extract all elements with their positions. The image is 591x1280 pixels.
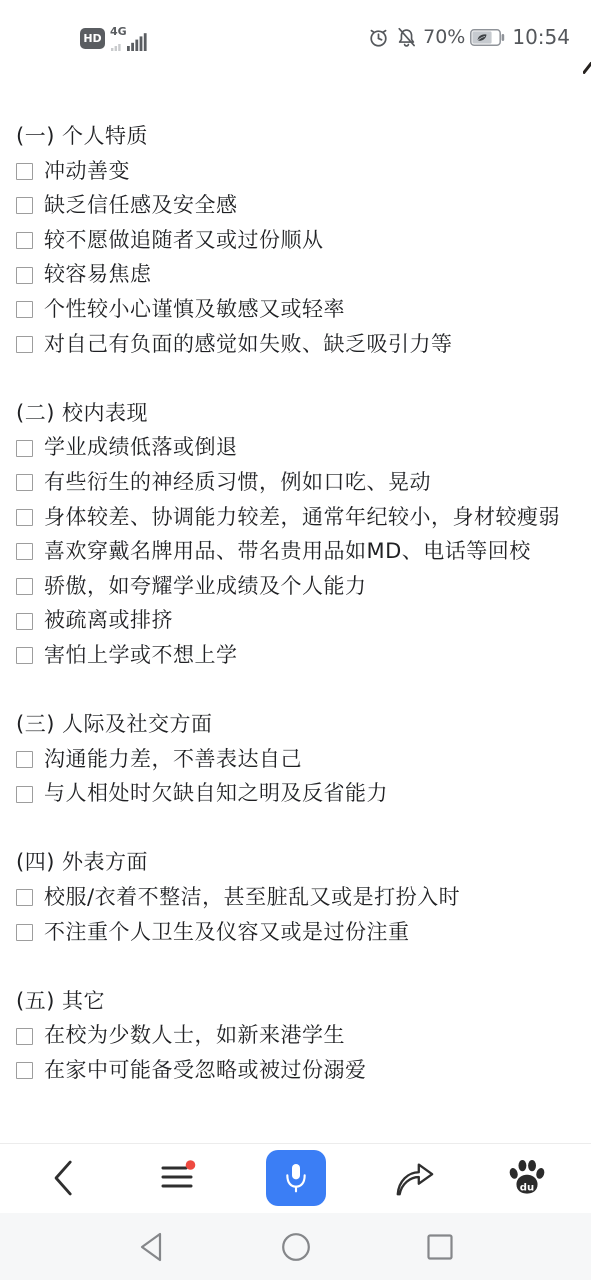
checklist-item-label: 较不愿做追随者又或过份顺从 (44, 223, 324, 258)
section-title: (二) 校内表现 (16, 396, 587, 431)
checkbox[interactable] (16, 924, 33, 941)
share-button[interactable] (390, 1150, 438, 1206)
checklist-item-label: 沟通能力差，不善表达自己 (44, 742, 302, 777)
network-type-label: 4G (110, 25, 127, 38)
section-title: (三) 人际及社交方面 (16, 707, 587, 742)
checklist-item: 害怕上学或不想上学 (16, 638, 587, 673)
checklist-item-label: 害怕上学或不想上学 (44, 638, 238, 673)
nav-home-button[interactable] (273, 1227, 319, 1267)
nav-back-icon (138, 1231, 164, 1263)
checklist-item: 对自己有负面的感觉如失败、缺乏吸引力等 (16, 327, 587, 362)
nav-home-icon (281, 1232, 311, 1262)
checkbox[interactable] (16, 578, 33, 595)
voice-search-button[interactable] (266, 1150, 326, 1206)
secondary-signal-icon (111, 44, 121, 51)
checklist-item-label: 校服/衣着不整洁，甚至脏乱又或是打扮入时 (44, 880, 460, 915)
checklist-item: 冲动善变 (16, 154, 587, 189)
checklist: (一) 个人特质冲动善变缺乏信任感及安全感较不愿做追随者又或过份顺从较容易焦虑个… (16, 119, 587, 1088)
checklist-item-label: 缺乏信任感及安全感 (44, 188, 238, 223)
battery-saver-leaf-icon (470, 29, 505, 46)
signal-icon: 4G (110, 27, 147, 51)
checklist-item-label: 在家中可能备受忽略或被过份溺爱 (44, 1053, 367, 1088)
checklist-item: 骄傲，如夸耀学业成绩及个人能力 (16, 569, 587, 604)
checkbox[interactable] (16, 163, 33, 180)
baidu-logo-label: du (520, 1182, 534, 1193)
nav-recents-icon (426, 1233, 454, 1261)
checklist-item: 被疏离或排挤 (16, 603, 587, 638)
checklist-item: 沟通能力差，不善表达自己 (16, 742, 587, 777)
checklist-item-label: 冲动善变 (44, 154, 130, 189)
checkbox[interactable] (16, 1062, 33, 1079)
hd-icon: HD (80, 28, 105, 49)
section-title: (五) 其它 (16, 984, 587, 1019)
checklist-item: 在家中可能备受忽略或被过份溺爱 (16, 1053, 587, 1088)
status-left-group: HD 4G (80, 27, 147, 51)
checklist-section: (一) 个人特质冲动善变缺乏信任感及安全感较不愿做追随者又或过份顺从较容易焦虑个… (16, 119, 587, 361)
nav-back-button[interactable] (128, 1227, 174, 1267)
checkbox[interactable] (16, 613, 33, 630)
checklist-item: 较不愿做追随者又或过份顺从 (16, 223, 587, 258)
checklist-item-label: 个性较小心谨慎及敏感又或轻率 (44, 292, 345, 327)
baidu-paw-icon: du (505, 1156, 549, 1200)
checkbox[interactable] (16, 336, 33, 353)
nav-recents-button[interactable] (417, 1227, 463, 1267)
checkbox[interactable] (16, 1028, 33, 1045)
checklist-item: 与人相处时欠缺自知之明及反省能力 (16, 776, 587, 811)
section-title: (一) 个人特质 (16, 119, 587, 154)
checkbox[interactable] (16, 440, 33, 457)
android-nav-bar (0, 1213, 591, 1280)
checklist-item: 身体较差、协调能力较差，通常年纪较小，身材较瘦弱 (16, 500, 587, 535)
checklist-item-label: 身体较差、协调能力较差，通常年纪较小，身材较瘦弱 (44, 500, 560, 535)
checklist-item: 较容易焦虑 (16, 257, 587, 292)
checklist-item: 不注重个人卫生及仪容又或是过份注重 (16, 915, 587, 950)
checklist-section: (三) 人际及社交方面沟通能力差，不善表达自己与人相处时欠缺自知之明及反省能力 (16, 707, 587, 811)
checkbox[interactable] (16, 786, 33, 803)
checklist-item-label: 不注重个人卫生及仪容又或是过份注重 (44, 915, 410, 950)
checklist-item: 个性较小心谨慎及敏感又或轻率 (16, 292, 587, 327)
menu-button[interactable] (153, 1150, 201, 1206)
checklist-item: 在校为少数人士，如新来港学生 (16, 1018, 587, 1053)
section-title: (四) 外表方面 (16, 845, 587, 880)
checklist-item-label: 在校为少数人士，如新来港学生 (44, 1018, 345, 1053)
notification-dot (185, 1160, 195, 1170)
checkbox[interactable] (16, 301, 33, 318)
clipped-floating-icon (583, 60, 591, 74)
checklist-section: (二) 校内表现学业成绩低落或倒退有些衍生的神经质习惯，例如口吃、晃动身体较差、… (16, 396, 587, 673)
back-icon (49, 1155, 79, 1201)
status-bar: HD 4G (0, 0, 591, 60)
checklist-item: 有些衍生的神经质习惯，例如口吃、晃动 (16, 465, 587, 500)
checklist-item-label: 与人相处时欠缺自知之明及反省能力 (44, 776, 388, 811)
checklist-item: 校服/衣着不整洁，甚至脏乱又或是打扮入时 (16, 880, 587, 915)
checklist-item: 学业成绩低落或倒退 (16, 430, 587, 465)
checkbox[interactable] (16, 543, 33, 560)
menu-icon (155, 1156, 199, 1200)
baidu-home-button[interactable]: du (503, 1150, 551, 1206)
checklist-item-label: 有些衍生的神经质习惯，例如口吃、晃动 (44, 465, 431, 500)
checklist-item: 喜欢穿戴名牌用品、带名贵用品如MD、电话等回校 (16, 534, 587, 569)
checkbox[interactable] (16, 751, 33, 768)
status-right-group: 70% 10:54 (367, 25, 570, 49)
checklist-item-label: 被疏离或排挤 (44, 603, 173, 638)
checklist-item-label: 学业成绩低落或倒退 (44, 430, 238, 465)
signal-bars-icon (127, 32, 147, 51)
mute-icon (395, 26, 418, 49)
checkbox[interactable] (16, 197, 33, 214)
checkbox[interactable] (16, 474, 33, 491)
alarm-icon (367, 26, 390, 49)
back-button[interactable] (40, 1150, 88, 1206)
checklist-section: (四) 外表方面校服/衣着不整洁，甚至脏乱又或是打扮入时不注重个人卫生及仪容又或… (16, 845, 587, 949)
checklist-item-label: 对自己有负面的感觉如失败、缺乏吸引力等 (44, 327, 453, 362)
checkbox[interactable] (16, 647, 33, 664)
checklist-item-label: 骄傲，如夸耀学业成绩及个人能力 (44, 569, 367, 604)
checkbox[interactable] (16, 232, 33, 249)
checkbox[interactable] (16, 889, 33, 906)
mic-icon (276, 1158, 316, 1198)
app-toolbar: du (0, 1143, 591, 1212)
checklist-section: (五) 其它在校为少数人士，如新来港学生在家中可能备受忽略或被过份溺爱 (16, 984, 587, 1088)
checklist-item-label: 喜欢穿戴名牌用品、带名贵用品如MD、电话等回校 (44, 534, 531, 569)
checkbox[interactable] (16, 509, 33, 526)
share-icon (391, 1156, 437, 1200)
clock-label: 10:54 (512, 25, 570, 49)
checklist-item: 缺乏信任感及安全感 (16, 188, 587, 223)
checklist-item-label: 较容易焦虑 (44, 257, 152, 292)
checkbox[interactable] (16, 267, 33, 284)
battery-percent-label: 70% (423, 26, 465, 48)
